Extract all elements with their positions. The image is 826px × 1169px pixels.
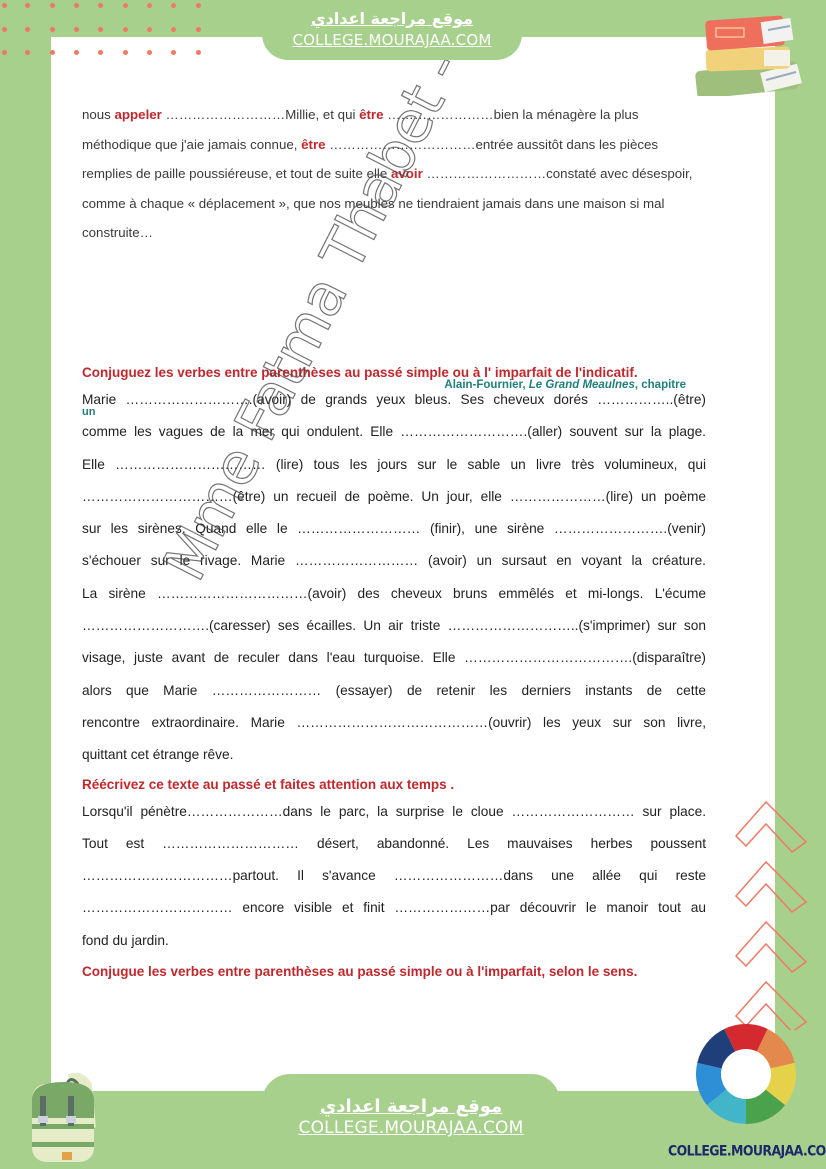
footer-banner: موقع مراجعة اعدادي COLLEGE.MOURAJAA.COM (262, 1074, 560, 1169)
verb-to-conjugate: être (359, 107, 383, 122)
backpack-icon (14, 1058, 114, 1168)
exercise1-line: ……………………………(être) un recueil de poème. U… (82, 481, 706, 513)
exercise1-line: Elle …………………………… (lire) tous les jours s… (82, 449, 706, 481)
verb-to-conjugate: être (301, 137, 325, 152)
exercise1-instruction: Conjuguez les verbes entre parenthèses a… (82, 362, 706, 384)
exercise2-line: fond du jardin. (82, 925, 706, 957)
exercise2-line: …………………………… encore visible et finit …………… (82, 892, 706, 924)
exercise2-line: ……………………………partout. Il s'avance ……………………… (82, 860, 706, 892)
excerpt-text: ………………………Millie, et qui (162, 107, 359, 122)
exercise3-instruction: Conjugue les verbes entre parenthèses au… (82, 961, 706, 983)
exercise2-line: Lorsqu'il pénètre…………………dans le parc, la… (82, 796, 706, 828)
chevron-up-decoration-icon (730, 790, 825, 1030)
exercise1-line: quittant cet étrange rêve. (82, 739, 706, 771)
exercise2-line: Tout est ………………………… désert, abandonné. L… (82, 828, 706, 860)
exercise1-text: Marie ……………………….(avoir) de grands yeux b… (82, 384, 706, 772)
exercise1-line: alors que Marie …………………… (essayer) de re… (82, 675, 706, 707)
exercise1-line: La sirène ……………………………(avoir) des cheveux… (82, 578, 706, 610)
site-name-arabic: موقع مراجعة اعدادي (262, 0, 522, 30)
exercise2-text: Lorsqu'il pénètre…………………dans le parc, la… (82, 796, 706, 957)
verb-to-conjugate: appeler (115, 107, 162, 122)
exercise1-line: s'échouer sur le rivage. Marie ………………………… (82, 545, 706, 577)
footer-logo-label[interactable]: COLLEGE.MOURAJAA.COM (668, 1142, 820, 1159)
exercise2-instruction: Réécrivez ce texte au passé et faites at… (82, 774, 706, 796)
exercise1-line: visage, juste avant de reculer dans l'ea… (82, 642, 706, 674)
exercise1-line: comme les vagues de la mer qui ondulent.… (82, 416, 706, 448)
verb-to-conjugate: avoir (391, 166, 423, 181)
footer-site-name-arabic: موقع مراجعة اعدادي (262, 1074, 560, 1118)
exercise1-line: ……………………….(caresser) ses écailles. Un ai… (82, 610, 706, 642)
exercise1-line: rencontre extraordinaire. Marie ……………………… (82, 707, 706, 739)
worksheet-content: nous appeler ………………………Millie, et qui êtr… (82, 100, 706, 248)
excerpt-text: nous (82, 107, 115, 122)
site-url-link[interactable]: COLLEGE.MOURAJAA.COM (262, 30, 522, 50)
footer-site-url-link[interactable]: COLLEGE.MOURAJAA.COM (262, 1118, 560, 1138)
literary-excerpt: nous appeler ………………………Millie, et qui êtr… (82, 100, 706, 248)
subjects-wheel-logo-icon (696, 1022, 796, 1126)
exercise1-line: sur les sirènes. Quand elle le ………………………… (82, 513, 706, 545)
books-stack-icon (692, 10, 810, 96)
exercise1-line: Marie ……………………….(avoir) de grands yeux b… (82, 384, 706, 416)
header-banner: موقع مراجعة اعدادي COLLEGE.MOURAJAA.COM (262, 0, 522, 60)
